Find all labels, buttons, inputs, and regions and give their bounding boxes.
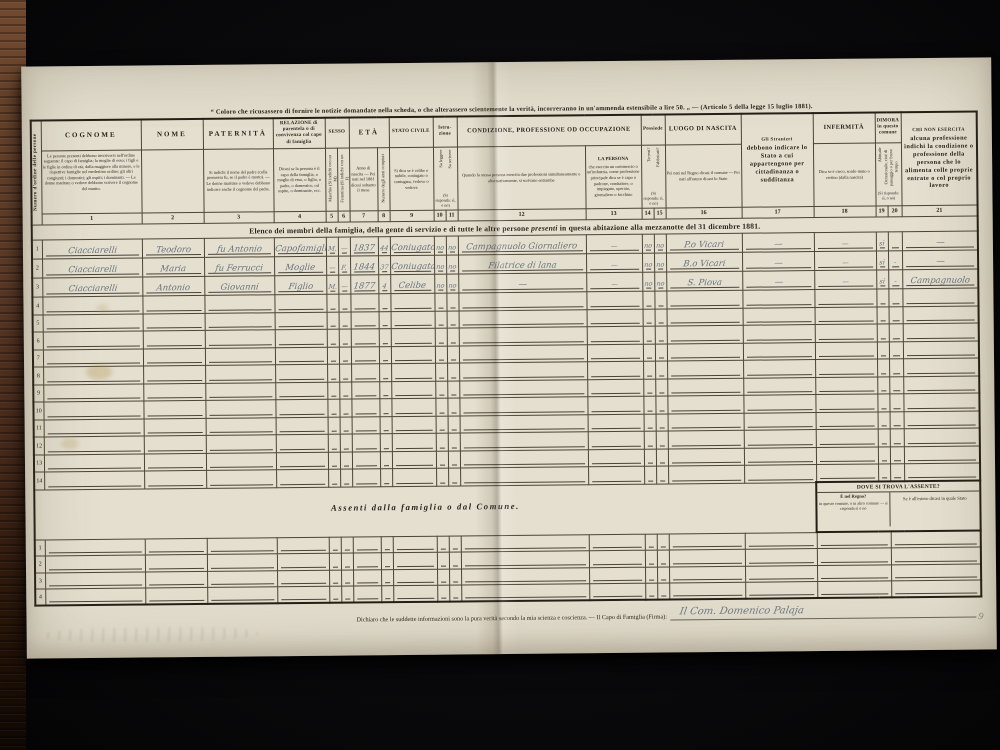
column-number: 4 — [274, 212, 326, 223]
la-persona-title: LA PERSONA — [587, 156, 640, 163]
column-number: 21 — [902, 205, 978, 217]
cell-sa-leggere: no — [434, 256, 446, 275]
cell-luogo-nascita: S. Piova — [666, 272, 742, 292]
istruzione-note: (Si risponda: sì, o no) — [435, 192, 456, 208]
cell-dimora-abituale: sì — [876, 232, 888, 251]
cell-sesso-f: — — [338, 275, 350, 294]
cell-stato-civile: Coniugata — [390, 256, 434, 275]
cell-regno — [817, 565, 891, 582]
possiede-desc: Terreni? Fabbricati? (Si risponda: sì, o… — [641, 144, 666, 208]
cell-nome: Maria — [142, 258, 204, 278]
cell-regno — [817, 548, 891, 565]
la-persona-text: che esercita un commercio o un'industria… — [587, 164, 640, 198]
cell-cognome: Ciacciarelli — [42, 258, 142, 278]
cell-luogo-nascita: B.o Vicari — [666, 253, 742, 273]
la-persona-desc: LA PERSONA che esercita un commercio o u… — [585, 145, 642, 209]
photo-scene: “ Coloro che ricusassero di fornire le n… — [0, 0, 1000, 750]
cognome-desc: Le persone presenti debbono inscriversi … — [41, 150, 142, 215]
column-number: 13 — [586, 209, 642, 221]
cell-row-number: 4 — [32, 297, 42, 315]
census-sheet: “ Coloro che ricusassero di fornire le n… — [21, 57, 997, 658]
head-of-family-signature: Il Com. Domenico Palaja — [671, 604, 979, 621]
column-number: 18 — [814, 206, 876, 218]
cell-terreni: no — [642, 254, 654, 273]
section-title-post: in questa abitazione alla mezzanotte del… — [558, 222, 761, 233]
cell-row-number: 1 — [32, 240, 42, 259]
anni-label: Numero degli anni compiuti — [380, 154, 386, 203]
cell-la-persona: — — [586, 235, 642, 255]
cell-sa-scrivere: no — [446, 274, 458, 293]
cell-row-number: 14 — [34, 472, 44, 490]
eta-anni-desc: Numero degli anni compiuti — [377, 147, 390, 211]
condizione-desc: Quando la stessa persona esercita due pr… — [457, 145, 586, 210]
cell-relazione: Figlio — [274, 276, 326, 295]
cell-nome: Teodoro — [142, 239, 204, 259]
cell-sesso-f: — — [338, 237, 350, 256]
cell-regno — [817, 581, 891, 598]
order-column-label: Numero d'ordine delle persone — [33, 133, 40, 211]
cell-sesso-m: M. — [326, 276, 338, 295]
infermita-desc: Dica se è cieco, sordo-muto o cretino (d… — [813, 142, 876, 207]
cell-dimora-occasionale: - — [888, 270, 902, 289]
cell-dimora-abituale: sì — [876, 270, 888, 289]
cell-chi-non-esercita: — — [902, 231, 978, 251]
cell-estero — [891, 564, 981, 581]
cell-row-number: 1 — [35, 540, 45, 557]
column-number: 11 — [446, 210, 458, 221]
sesso-femmina: Femmina (Si indichi con un F) — [337, 148, 350, 212]
cell-row-number: 4 — [35, 589, 45, 606]
cell-estero — [891, 580, 981, 597]
declaration-text: Dichiaro che le suddette informazioni so… — [356, 614, 667, 624]
cell-paternita: fu Ferrucci — [204, 257, 274, 277]
table-header: Numero d'ordine delle persone COGNOME NO… — [31, 111, 978, 225]
sa-scrivere-label: Sa scrivere — [447, 149, 452, 168]
cell-row-number: 9 — [33, 385, 43, 403]
absent-title-area: Assenti dalla famiglia o dal Comune. — [34, 482, 816, 540]
col-condizione-title: CONDIZIONE, PROFESSIONE OD OCCUPAZIONE — [457, 115, 641, 147]
cell-row-number: 13 — [34, 455, 44, 473]
cell-relazione: Capofamiglia — [274, 238, 326, 257]
cell-la-persona: — — [586, 254, 642, 274]
declaration-line: Dichiaro che le suddette informazioni so… — [356, 604, 984, 624]
cell-row-number: 3 — [32, 278, 42, 297]
cell-stranieri: — — [742, 252, 814, 272]
luogo-desc: Pei nati nel Regno dicasi il comune — Pe… — [665, 144, 742, 209]
column-number: 5 — [326, 212, 338, 223]
cell-row-number: 2 — [35, 556, 45, 573]
cell-anni: 44 — [378, 237, 390, 256]
col-stato-civile-title: STATO CIVILE — [389, 117, 433, 147]
col-infermita-title: INFERMITÀ — [813, 112, 875, 143]
cell-row-number: 5 — [33, 315, 43, 333]
col-chi-non-esercita: CHI NON ESERCITA alcuna professione indi… — [901, 111, 978, 206]
cell-sa-scrivere: no — [446, 255, 458, 274]
chi-desc: alcuna professione indichi la condizione… — [902, 135, 975, 191]
col-dimora-title: DIMORA in questo comune — [875, 112, 901, 142]
col-istruzione-title: Istru- zione — [433, 116, 457, 146]
column-number: 3 — [204, 212, 274, 224]
cell-terreni: no — [642, 235, 654, 254]
column-number: 14 — [642, 209, 654, 220]
cell-cognome: Ciacciarelli — [42, 239, 142, 259]
signature-flourish: 9 — [977, 611, 985, 623]
cell-fabbricati: no — [654, 253, 666, 272]
stato-civile-desc: Si dica se è celibe o nubile, coniugato … — [389, 147, 434, 211]
col-possiede-title: Possiede — [641, 114, 665, 144]
cell-row-number: 12 — [34, 437, 44, 455]
cell-row-number: 6 — [33, 332, 43, 350]
stranieri-title: Gli Stranieri — [742, 137, 811, 144]
cell-infermita: — — [814, 232, 876, 252]
cell-cognome: Ciacciarelli — [42, 277, 142, 297]
abituale-label: Abituale — [877, 148, 882, 163]
cell-stato-civile: Celibe — [390, 275, 434, 294]
absent-rows: 1 2 — [35, 531, 982, 606]
relazione-desc: Dicasi se la persona è il capo della fam… — [273, 148, 326, 212]
pencil-note — [43, 626, 258, 642]
cell-chi-non-esercita: Campagnuolo — [902, 269, 978, 289]
paternita-desc: Si indichi il nome del padre (colla prem… — [203, 148, 274, 213]
col-paternita-title: PATERNITÀ — [203, 118, 273, 149]
where-is-absent-box: DOVE SI TROVA L'ASSENTE? È nel Regno? in… — [816, 481, 980, 533]
cell-regno — [817, 532, 891, 549]
fabbricati-label: Fabbricati? — [655, 147, 660, 166]
cell-dimora-abituale: sì — [876, 251, 888, 270]
column-number: 9 — [390, 211, 434, 222]
col-relazione-title: RELAZIONE di parentela o di convivenza c… — [273, 118, 325, 148]
where-box-regno: È nel Regno? in questo comune, o in altr… — [817, 493, 890, 528]
cell-estero — [891, 547, 981, 564]
cell-paternita: fu Antonio — [204, 238, 274, 258]
column-number: 16 — [666, 208, 742, 220]
stranieri-desc: debbono indicare lo Stato a cui apparten… — [742, 144, 811, 184]
absent-section-header: Assenti dalla famiglia o dal Comune. DOV… — [34, 481, 980, 540]
cell-fabbricati: no — [654, 234, 666, 253]
column-number: 17 — [742, 207, 814, 219]
femmina-label: Femmina (Si indichi con un F) — [339, 153, 350, 205]
cell-anno-nascita: 1877 — [350, 275, 378, 294]
col-nome-title: NOME — [141, 119, 203, 150]
sa-leggere-label: Sa leggere — [438, 149, 443, 167]
cell-row-number: 11 — [34, 420, 44, 438]
cell-row-number: 8 — [33, 367, 43, 385]
census-table: Numero d'ordine delle persone COGNOME NO… — [30, 110, 983, 607]
istruzione-desc: Sa leggere Sa scrivere (Si risponda: sì,… — [433, 146, 458, 210]
cell-la-persona: — — [586, 273, 642, 293]
chi-title: CHI NON ESERCITA — [902, 128, 975, 135]
col-luogo-title: LUOGO DI NASCITA — [665, 114, 741, 145]
column-number: 19 — [876, 206, 888, 217]
cell-infermita: — — [814, 251, 876, 271]
cell-row-number: 7 — [33, 350, 43, 368]
cell-fabbricati: no — [654, 272, 666, 291]
cell-anni: 37 — [378, 256, 390, 275]
cell-sa-leggere: no — [434, 237, 446, 256]
col-sesso-title: SESSO — [325, 118, 349, 148]
column-number: 10 — [434, 211, 446, 222]
cell-dimora-occasionale: - — [888, 251, 902, 270]
col-cognome-title: COGNOME — [41, 120, 141, 151]
section-title-pre: Elenco dei membri della famiglia, della … — [249, 224, 531, 236]
absent-section-title: Assenti dalla famiglia o dal Comune. — [35, 498, 815, 515]
column-number: 6 — [338, 211, 350, 222]
cell-sesso-m: M. — [326, 238, 338, 257]
cell-sesso-f: F. — [338, 256, 350, 275]
cell-anno-nascita: 1837 — [350, 237, 378, 256]
terreni-label: Terreni? — [646, 147, 651, 161]
column-number: 20 — [888, 206, 902, 217]
cell-row-number: 3 — [35, 573, 45, 590]
possiede-note: (Si risponda: sì, o no) — [643, 190, 664, 206]
cell-professione: — — [458, 273, 586, 293]
column-number: 2 — [142, 213, 204, 225]
cell-luogo-nascita: P.o Vicari — [666, 234, 742, 254]
cell-terreni: no — [642, 273, 654, 292]
cell-estero — [891, 531, 981, 548]
dimora-note: (Si risponda: sì, o no) — [877, 190, 900, 201]
sesso-maschio: Maschio (Si indichi con un M) — [325, 148, 338, 212]
cell-sa-leggere: no — [434, 275, 446, 294]
cell-professione: Filatrice di lana — [458, 254, 586, 274]
cell-stranieri: — — [742, 233, 814, 253]
column-number: 7 — [350, 211, 378, 222]
column-number: 8 — [378, 211, 390, 222]
cell-row-number: 2 — [32, 259, 42, 278]
dimora-desc: Abituale Occasionale, cioè di passaggio … — [875, 142, 902, 206]
cell-anno-nascita: 1844 — [350, 256, 378, 275]
maschio-label: Maschio (Si indichi con un M) — [327, 153, 338, 205]
col-eta-title: ETÀ — [349, 117, 389, 147]
cell-anni: 4 — [378, 275, 390, 294]
nome-desc — [141, 149, 204, 214]
cell-paternita: Giovanni — [204, 276, 274, 296]
cell-professione: Campagnuolo Giornaliero — [458, 235, 586, 255]
section-title-em: presenti — [531, 223, 558, 232]
where-box-estero: Se è all'estero dicasi in quale Stato — [890, 492, 979, 527]
filled-rows: 1 Ciacciarelli Teodoro fu Antonio Capofa… — [32, 231, 979, 297]
cell-infermita: — — [814, 270, 876, 290]
cell-relazione: Moglie — [274, 257, 326, 276]
occasionale-label: Occasionale, cioè di passaggio o per bre… — [883, 147, 899, 187]
eta-anno-desc: Anno di nascita — Pei nati nel 1881 dice… — [349, 147, 378, 211]
cell-chi-non-esercita: — — [902, 250, 978, 270]
empty-rows: 4 5 — [32, 288, 980, 490]
col-stranieri: Gli Stranieri debbono indicare lo Stato … — [741, 113, 814, 208]
cell-row-number: 10 — [33, 402, 43, 420]
cell-sa-scrivere: no — [446, 236, 458, 255]
cell-stato-civile: Coniugato — [390, 237, 434, 256]
cell-stranieri: — — [742, 271, 814, 291]
regno-desc: in questo comune, o in altro comune — si… — [818, 500, 888, 512]
column-number: 15 — [654, 208, 666, 219]
cell-dimora-occasionale — [888, 232, 902, 251]
cell-sesso-m: — — [326, 257, 338, 276]
cell-nome: Antonio — [142, 277, 204, 297]
